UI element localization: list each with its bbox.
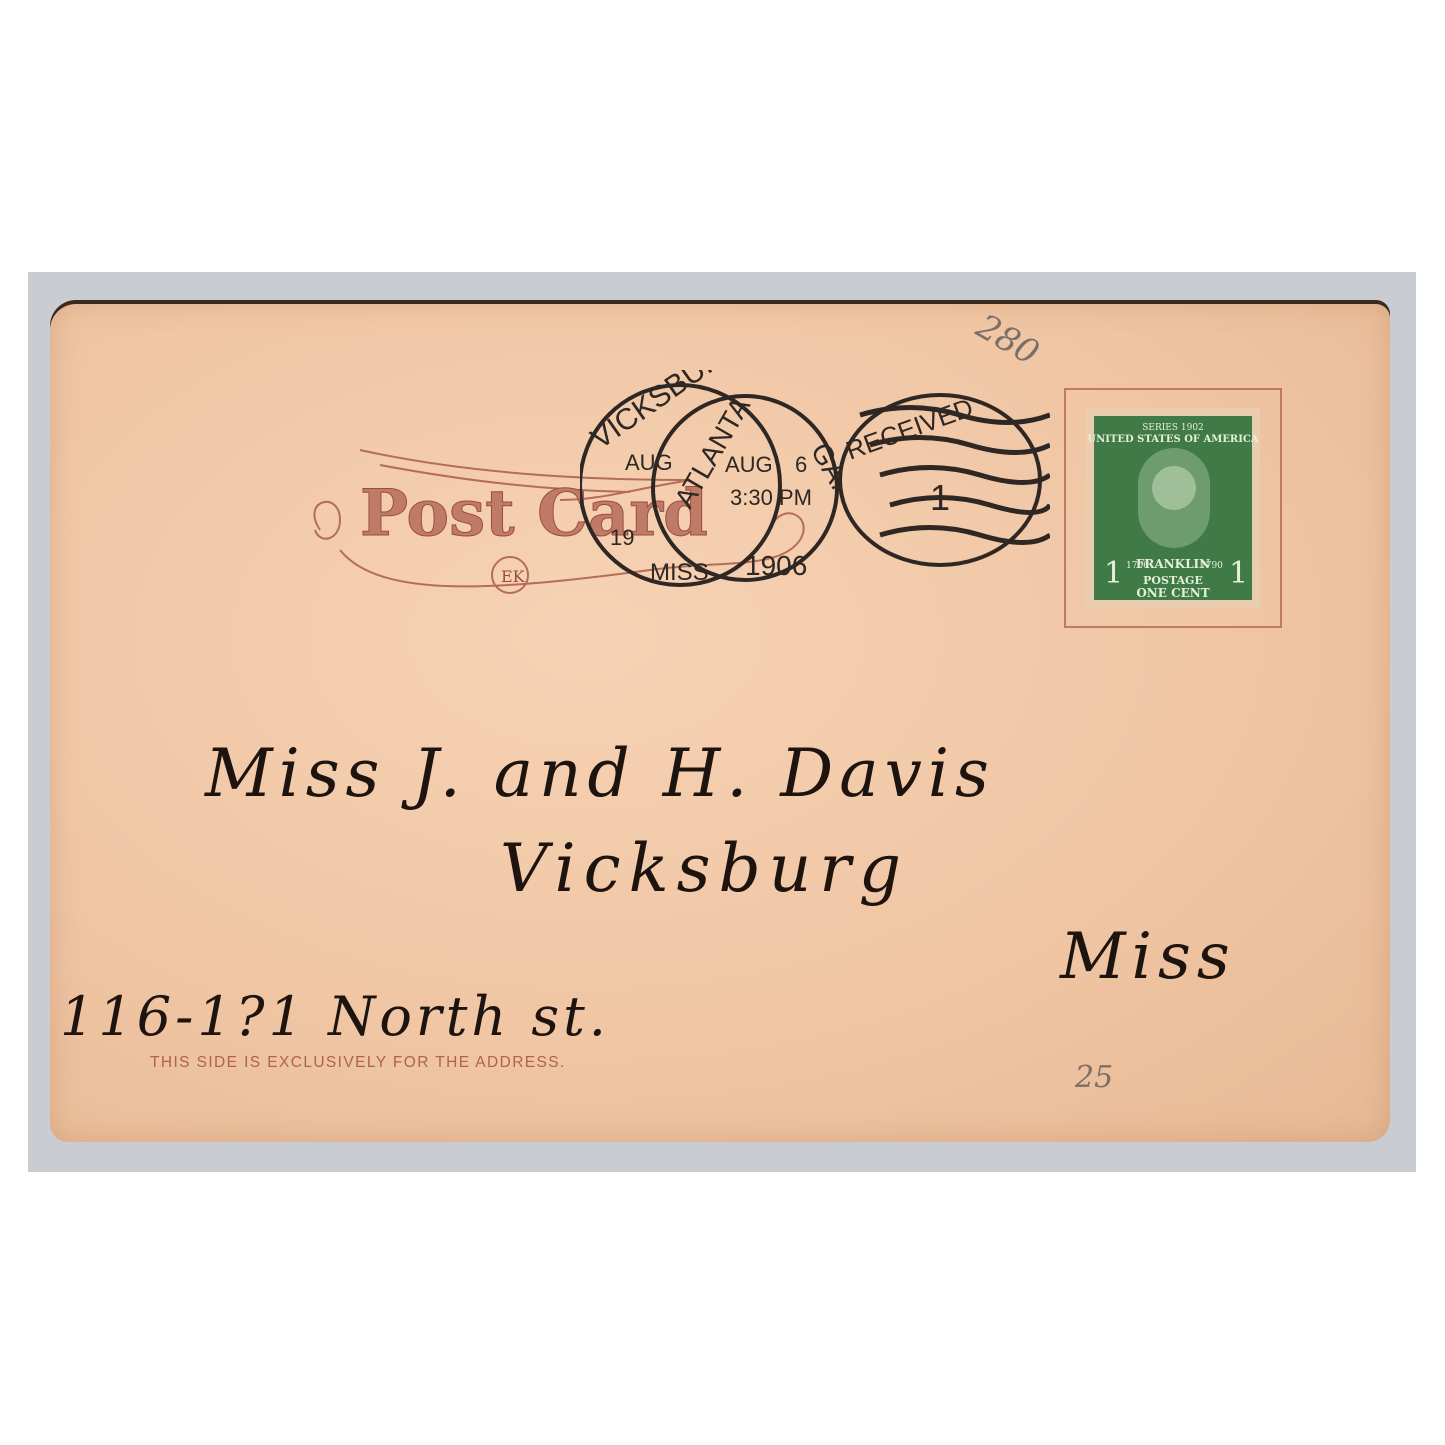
- stamp-digit-left: 1: [1104, 556, 1123, 591]
- publisher-monogram: EK: [501, 567, 526, 586]
- address-recipient: Miss J. and H. Davis: [205, 735, 995, 812]
- vicksburg-year: 19: [610, 525, 634, 550]
- stamp-value: ONE CENT: [1136, 586, 1209, 600]
- atlanta-day: 6: [795, 452, 807, 477]
- vicksburg-month: AUG: [625, 450, 673, 475]
- atlanta-month: AUG: [725, 452, 773, 477]
- postmarks: VICKSBURG AUG 19 MISS ATLANTA GA. AUG 6 …: [580, 370, 1050, 610]
- stamp-country: UNITED STATES OF AMERICA: [1087, 434, 1259, 445]
- vicksburg-state: MISS: [650, 559, 709, 586]
- atlanta-year: 1906: [745, 550, 807, 581]
- stamp-series: SERIES 1902: [1142, 423, 1204, 433]
- stamp-digit-right: 1: [1229, 556, 1248, 591]
- pencil-note-bottom: 25: [1075, 1060, 1113, 1095]
- address-street: 116-1?1 North st.: [60, 985, 610, 1048]
- franklin-one-cent-stamp: SERIES 1902 UNITED STATES OF AMERICA 1 1…: [1064, 388, 1282, 628]
- stamp-name: FRANKLIN: [1136, 557, 1210, 571]
- address-state: Miss: [1060, 920, 1236, 994]
- address-side-instruction: THIS SIDE IS EXCLUSIVELY FOR THE ADDRESS…: [150, 1054, 566, 1072]
- address-city: Vicksburg: [500, 830, 909, 907]
- atlanta-time: 3:30 PM: [730, 485, 812, 510]
- stamp-year-right: 1790: [1200, 561, 1223, 571]
